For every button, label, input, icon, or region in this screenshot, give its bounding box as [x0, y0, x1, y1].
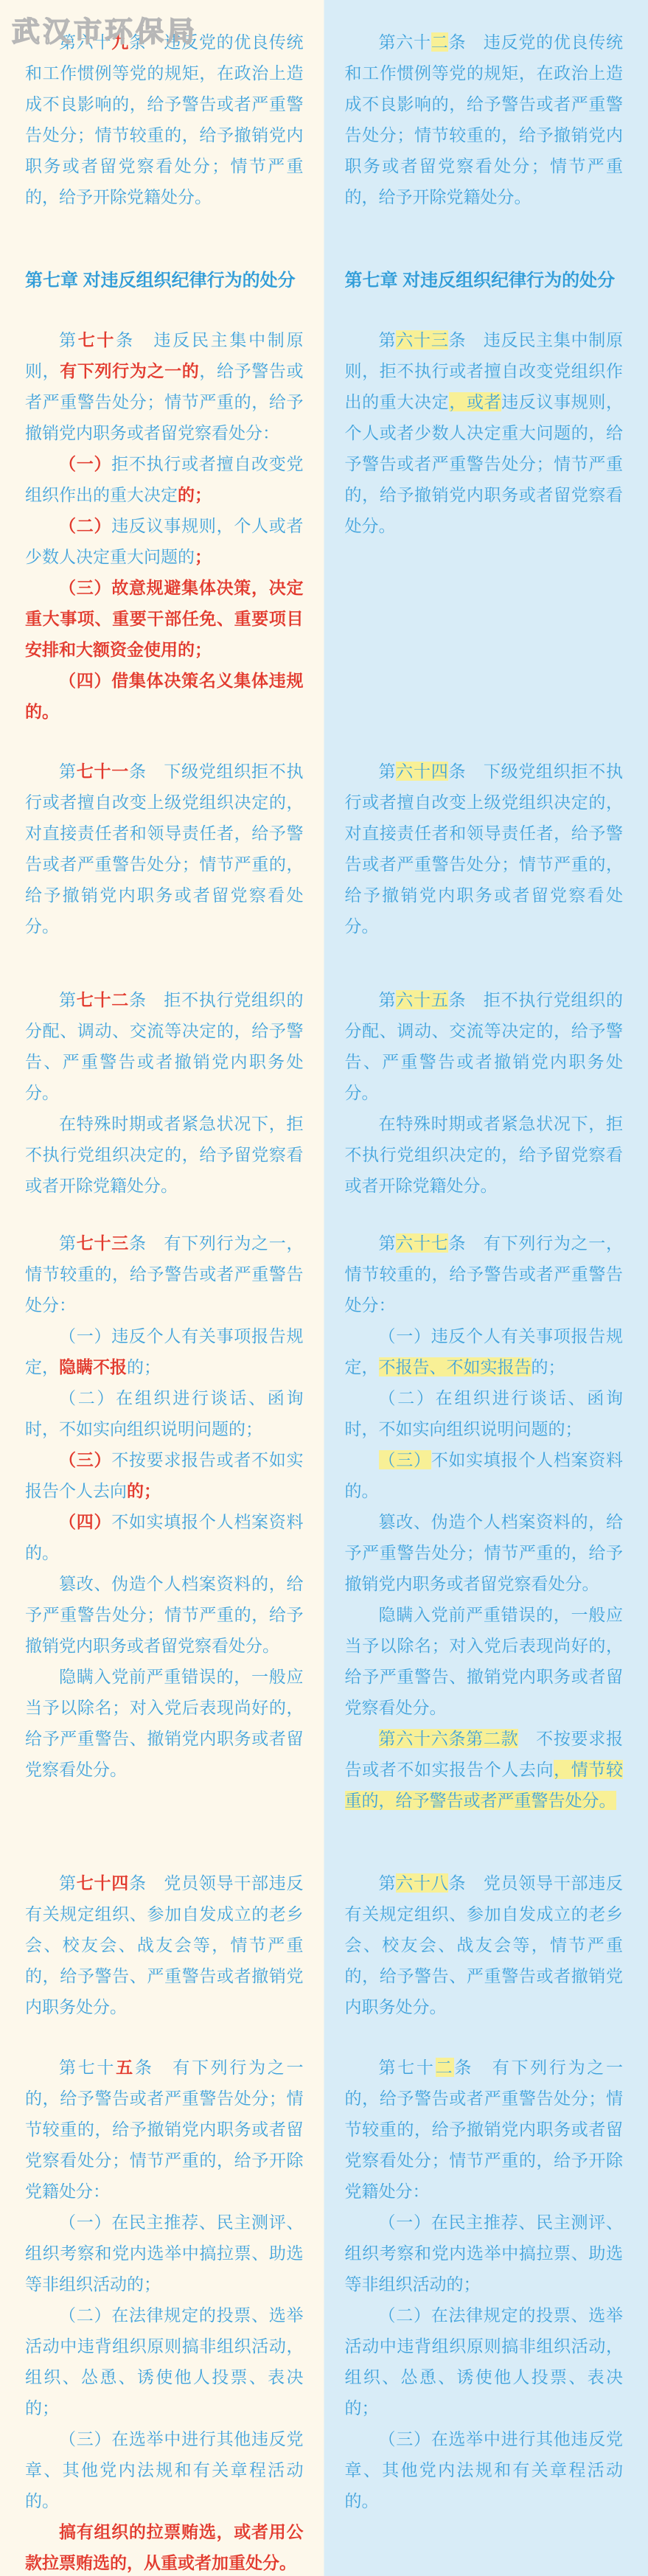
comparison-grid: 第六十九条 违反党的优良传统和工作惯例等党的规矩，在政治上造成不良影响的，给予警… [0, 0, 648, 2576]
revised-text-run: 五 [116, 2058, 135, 2077]
highlighted-text-run: 二 [431, 32, 449, 52]
paragraph: 第七十二条 有下列行为之一的，给予警告或者严重警告处分；情节较重的，给予撤销党内… [345, 2052, 624, 2207]
paragraph: 第六十三条 违反民主集中制原则，拒不执行或者擅自改变党组织作出的重大决定，或者违… [345, 324, 624, 541]
right-article-65: 第六十五条 拒不执行党组织的分配、调动、交流等决定的，给予警告、严重警告或者撤销… [324, 984, 648, 1201]
text-run: 第 [59, 330, 78, 349]
text-run: 的； [127, 1357, 161, 1376]
revised-text-run: 七十四 [77, 1873, 129, 1893]
revised-text-run: （一） [59, 454, 111, 473]
highlighted-text-run: 六十四 [396, 762, 448, 781]
paragraph: （二）在法律规定的投票、选举活动中违背组织原则搞非组织活动，组织、怂恿、诱使他人… [25, 2300, 304, 2423]
paragraph: （三）在选举中进行其他违反党章、其他党内法规和有关章程活动的。 [25, 2423, 304, 2516]
paragraph: 第六十六条第二款 不按要求报告或者不如实报告个人去向，情节较重的，给予警告或者严… [345, 1723, 624, 1816]
paragraph: 第六十二条 违反党的优良传统和工作惯例等党的规矩，在政治上造成不良影响的，给予警… [345, 27, 624, 212]
paragraph: 在特殊时期或者紧急状况下，拒不执行党组织决定的，给予留党察看或者开除党籍处分。 [25, 1108, 304, 1201]
text-run: 条 有下列行为之一的，给予警告或者严重警告处分；情节较重的，给予撤销党内职务或者… [25, 2058, 304, 2201]
text-run: 在特殊时期或者紧急状况下，拒不执行党组织决定的，给予留党察看或者开除党籍处分。 [345, 1114, 624, 1195]
right-article-64: 第六十四条 下级党组织拒不执行或者擅自改变上级党组织决定的，对直接责任者和领导责… [324, 756, 648, 941]
paragraph: 第六十七条 有下列行为之一，情节较重的，给予警告或者严重警告处分： [345, 1228, 624, 1320]
text-run: （三）在选举中进行其他违反党章、其他党内法规和有关章程活动的。 [345, 2429, 624, 2510]
revised-text-run: 的； [178, 485, 212, 504]
text-run: 第 [379, 762, 397, 781]
paragraph: （四）不如实填报个人档案资料的。 [25, 1506, 304, 1568]
paragraph: 第七十五条 有下列行为之一的，给予警告或者严重警告处分；情节较重的，给予撤销党内… [25, 2052, 304, 2207]
highlighted-text-run: 第六十六条第二款 [379, 1729, 519, 1748]
text-run: 第 [379, 330, 397, 349]
paragraph: 第七十四条 党员领导干部违反有关规定组织、参加自发成立的老乡会、校友会、战友会等… [25, 1867, 304, 2022]
revised-text-run: （四） [59, 1512, 111, 1531]
highlighted-text-run: 不报告、不如实报告 [379, 1357, 532, 1376]
paragraph: （一）违反个人有关事项报告规定，不报告、不如实报告的； [345, 1320, 624, 1382]
paragraph: 第六十九条 违反党的优良传统和工作惯例等党的规矩，在政治上造成不良影响的，给予警… [25, 27, 304, 212]
revised-text-run: 隐瞒不报 [59, 1357, 127, 1376]
highlighted-text-run: 六十八 [396, 1873, 448, 1893]
text-run: 条 违反党的优良传统和工作惯例等党的规矩，在政治上造成不良影响的，给予警告或者严… [25, 32, 304, 206]
text-run: 条 下级党组织拒不执行或者擅自改变上级党组织决定的，对直接责任者和领导责任者，给… [25, 762, 304, 936]
revised-text-run: 的； [127, 1481, 161, 1500]
text-run: 隐瞒入党前严重错误的，一般应当予以除名；对入党后表现尚好的，给予严重警告、撤销党… [25, 1667, 304, 1779]
text-run: （二）在法律规定的投票、选举活动中违背组织原则搞非组织活动，组织、怂恿、诱使他人… [25, 2305, 304, 2417]
revised-text-run: （三）故意规避集体决策，决定重大事项、重要干部任免、重要项目安排和大额资金使用的… [25, 578, 304, 659]
left-article-75: 第七十五条 有下列行为之一的，给予警告或者严重警告处分；情节较重的，给予撤销党内… [0, 2052, 324, 2576]
text-run: 违反议事规则，个人或者少数人决定重大问题的，给予警告或者严重警告处分；情节严重的… [345, 392, 624, 535]
left-article-73: 第七十三条 有下列行为之一，情节较重的，给予警告或者严重警告处分：（一）违反个人… [0, 1228, 324, 1816]
paragraph: （二）违反议事规则，个人或者少数人决定重大问题的； [25, 510, 304, 572]
right-article-67: 第六十七条 有下列行为之一，情节较重的，给予警告或者严重警告处分：（一）违反个人… [324, 1228, 648, 1816]
paragraph: （一）拒不执行或者擅自改变党组织作出的重大决定的； [25, 448, 304, 510]
right-article-62: 第六十二条 违反党的优良传统和工作惯例等党的规矩，在政治上造成不良影响的，给予警… [324, 27, 648, 212]
paragraph: （四）借集体决策名义集体违规的。 [25, 665, 304, 727]
paragraph: （一）在民主推荐、民主测评、组织考察和党内选举中搞拉票、助选等非组织活动的； [25, 2207, 304, 2300]
chapter-title: 第七章 对违反组织纪律行为的处分 [25, 265, 304, 296]
text-run: 第七十 [59, 2058, 116, 2077]
left-article-71: 第七十一条 下级党组织拒不执行或者擅自改变上级党组织决定的，对直接责任者和领导责… [0, 756, 324, 941]
revised-text-run: （二） [59, 516, 111, 535]
paragraph: （三）在选举中进行其他违反党章、其他党内法规和有关章程活动的。 [345, 2423, 624, 2516]
revised-text-run: ； [195, 547, 212, 566]
highlighted-text-run: 六十三 [396, 330, 448, 349]
text-run: （三）在选举中进行其他违反党章、其他党内法规和有关章程活动的。 [25, 2429, 304, 2510]
paragraph: 篡改、伪造个人档案资料的，给予严重警告处分；情节严重的，给予撤销党内职务或者留党… [25, 1568, 304, 1661]
text-run: 第 [379, 1873, 397, 1893]
chapter-title: 第七章 对违反组织纪律行为的处分 [345, 265, 624, 296]
right-article-63: 第六十三条 违反民主集中制原则，拒不执行或者擅自改变党组织作出的重大决定，或者违… [324, 324, 648, 727]
text-run: 的； [532, 1357, 565, 1376]
paragraph: （三）故意规避集体决策，决定重大事项、重要干部任免、重要项目安排和大额资金使用的… [25, 572, 304, 665]
revised-text-run: 七十三 [77, 1233, 129, 1253]
paragraph: 篡改、伪造个人档案资料的，给予严重警告处分；情节严重的，给予撤销党内职务或者留党… [345, 1506, 624, 1599]
text-run: 第七十 [379, 2058, 436, 2077]
text-run: 条 下级党组织拒不执行或者擅自改变上级党组织决定的，对直接责任者和领导责任者，给… [345, 762, 624, 936]
highlighted-text-run: 六十七 [396, 1233, 448, 1253]
paragraph: 第六十四条 下级党组织拒不执行或者擅自改变上级党组织决定的，对直接责任者和领导责… [345, 756, 624, 941]
text-run: （二）在组织进行谈话、函询时，不如实向组织说明问题的； [345, 1388, 624, 1438]
revised-text-run: 七十一 [77, 762, 129, 781]
paragraph: 隐瞒入党前严重错误的，一般应当予以除名；对入党后表现尚好的，给予严重警告、撤销党… [25, 1661, 304, 1785]
paragraph: （二）在组织进行谈话、函询时，不如实向组织说明问题的； [345, 1382, 624, 1444]
paragraph: （三）不如实填报个人档案资料的。 [345, 1444, 624, 1506]
revised-text-run: 有下列行为之一的 [60, 361, 199, 380]
highlighted-text-run: 二 [436, 2058, 455, 2077]
highlighted-text-run: 六十五 [396, 990, 448, 1009]
left-article-74: 第七十四条 党员领导干部违反有关规定组织、参加自发成立的老乡会、校友会、战友会等… [0, 1867, 324, 2022]
text-run: 第 [379, 990, 397, 1009]
left-article-70: 第七十条 违反民主集中制原则，有下列行为之一的，给予警告或者严重警告处分；情节严… [0, 324, 324, 727]
right-chapter-heading: 第七章 对违反组织纪律行为的处分 [324, 265, 648, 296]
text-run: （一）在民主推荐、民主测评、组织考察和党内选举中搞拉票、助选等非组织活动的； [345, 2213, 624, 2294]
text-run: （二）在组织进行谈话、函询时，不如实向组织说明问题的； [25, 1388, 304, 1438]
revised-text-run: 七十二 [77, 990, 129, 1009]
left-article-69: 第六十九条 违反党的优良传统和工作惯例等党的规矩，在政治上造成不良影响的，给予警… [0, 27, 324, 212]
text-run: 第 [59, 1233, 77, 1253]
text-run: 第 [59, 990, 77, 1009]
highlighted-text-run: ，或者 [449, 392, 501, 411]
paragraph: 第六十五条 拒不执行党组织的分配、调动、交流等决定的，给予警告、严重警告或者撤销… [345, 984, 624, 1108]
paragraph: （二）在法律规定的投票、选举活动中违背组织原则搞非组织活动，组织、怂恿、诱使他人… [345, 2300, 624, 2423]
paragraph: （二）在组织进行谈话、函询时，不如实向组织说明问题的； [25, 1382, 304, 1444]
revised-text-run: 搞有组织的拉票贿选，或者用公款拉票贿选的，从重或者加重处分。 [25, 2522, 304, 2572]
right-article-68: 第六十八条 党员领导干部违反有关规定组织、参加自发成立的老乡会、校友会、战友会等… [324, 1867, 648, 2022]
left-article-72: 第七十二条 拒不执行党组织的分配、调动、交流等决定的，给予警告、严重警告或者撤销… [0, 984, 324, 1201]
text-run: 篡改、伪造个人档案资料的，给予严重警告处分；情节严重的，给予撤销党内职务或者留党… [345, 1512, 624, 1593]
text-run: 条 有下列行为之一的，给予警告或者严重警告处分；情节较重的，给予撤销党内职务或者… [345, 2058, 624, 2201]
text-run: 第六十 [379, 32, 431, 52]
paragraph: 隐瞒入党前严重错误的，一般应当予以除名；对入党后表现尚好的，给予严重警告、撤销党… [345, 1599, 624, 1723]
text-run: （二）在法律规定的投票、选举活动中违背组织原则搞非组织活动，组织、怂恿、诱使他人… [345, 2305, 624, 2417]
text-run: 第 [59, 1873, 77, 1893]
text-run: 第 [379, 1233, 397, 1253]
left-chapter-heading: 第七章 对违反组织纪律行为的处分 [0, 265, 324, 296]
highlighted-text-run: （三） [379, 1450, 431, 1469]
paragraph: （一）违反个人有关事项报告规定，隐瞒不报的； [25, 1320, 304, 1382]
paragraph: 第七十三条 有下列行为之一，情节较重的，给予警告或者严重警告处分： [25, 1228, 304, 1320]
paragraph: 搞有组织的拉票贿选，或者用公款拉票贿选的，从重或者加重处分。 [25, 2516, 304, 2576]
revised-text-run: 九 [111, 32, 129, 52]
text-run: （一）在民主推荐、民主测评、组织考察和党内选举中搞拉票、助选等非组织活动的； [25, 2213, 304, 2294]
paragraph: 第六十八条 党员领导干部违反有关规定组织、参加自发成立的老乡会、校友会、战友会等… [345, 1867, 624, 2022]
text-run: 条 党员领导干部违反有关规定组织、参加自发成立的老乡会、校友会、战友会等，情节严… [345, 1873, 624, 2016]
text-run: 条 党员领导干部违反有关规定组织、参加自发成立的老乡会、校友会、战友会等，情节严… [25, 1873, 304, 2016]
revised-text-run: 七十 [78, 330, 116, 349]
paragraph: 在特殊时期或者紧急状况下，拒不执行党组织决定的，给予留党察看或者开除党籍处分。 [345, 1108, 624, 1201]
text-run: 条 违反党的优良传统和工作惯例等党的规矩，在政治上造成不良影响的，给予警告或者严… [345, 32, 624, 206]
right-article-72-old: 第七十二条 有下列行为之一的，给予警告或者严重警告处分；情节较重的，给予撤销党内… [324, 2052, 648, 2576]
paragraph: 第七十一条 下级党组织拒不执行或者擅自改变上级党组织决定的，对直接责任者和领导责… [25, 756, 304, 941]
text-run: 第六十 [59, 32, 111, 52]
paragraph: 第七十条 违反民主集中制原则，有下列行为之一的，给予警告或者严重警告处分；情节严… [25, 324, 304, 448]
text-run: 第 [59, 762, 77, 781]
paragraph: （一）在民主推荐、民主测评、组织考察和党内选举中搞拉票、助选等非组织活动的； [345, 2207, 624, 2300]
comparison-page: 武汉市环保局 第六十九条 违反党的优良传统和工作惯例等党的规矩，在政治上造成不良… [0, 0, 648, 2576]
paragraph: 第七十二条 拒不执行党组织的分配、调动、交流等决定的，给予警告、严重警告或者撤销… [25, 984, 304, 1108]
text-run: 篡改、伪造个人档案资料的，给予严重警告处分；情节严重的，给予撤销党内职务或者留党… [25, 1574, 304, 1655]
text-run: 隐瞒入党前严重错误的，一般应当予以除名；对入党后表现尚好的，给予严重警告、撤销党… [345, 1605, 624, 1717]
revised-text-run: （三） [59, 1450, 111, 1469]
paragraph: （三）不按要求报告或者不如实报告个人去向的； [25, 1444, 304, 1506]
text-run: 在特殊时期或者紧急状况下，拒不执行党组织决定的，给予留党察看或者开除党籍处分。 [25, 1114, 304, 1195]
revised-text-run: （四）借集体决策名义集体违规的。 [25, 671, 304, 721]
